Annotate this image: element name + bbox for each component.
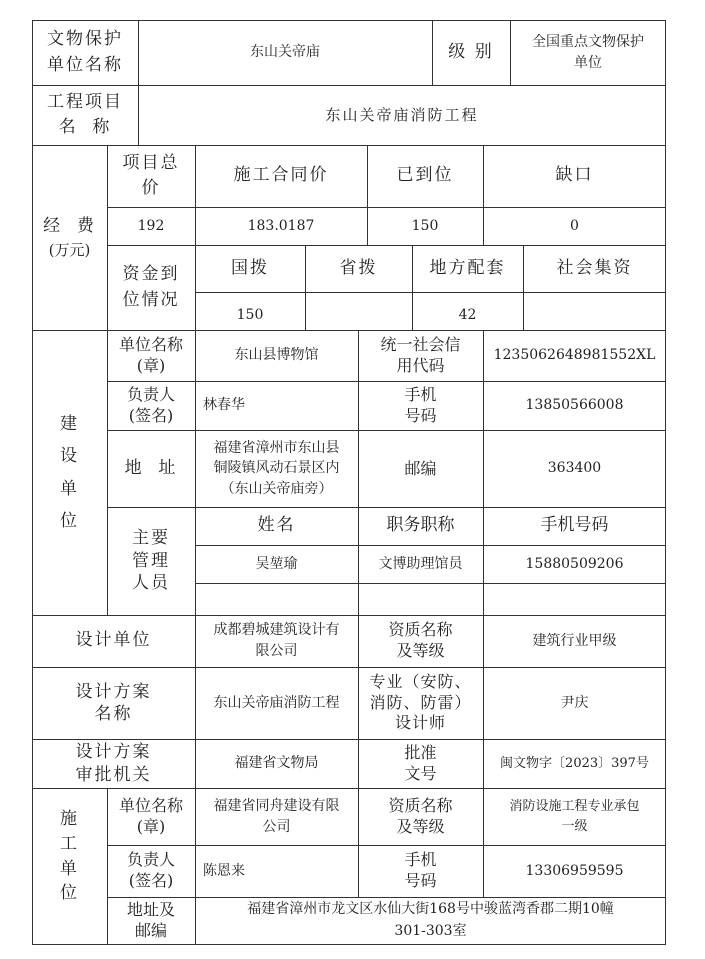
total-price-header: 项目总 价 [107,145,195,207]
address-line: 福建省漳州市龙文区水仙大街168号中骏蓝湾香郡二期10幢 [247,899,614,921]
address-line: 福建省漳州市东山县 [214,438,340,458]
project-name-label: 工程项目 名 称 [32,85,138,145]
level-label: 级 别 [432,20,510,85]
manager-name-header: 姓名 [195,507,358,545]
approval-authority-label: 设计方案 审批机关 [32,739,195,788]
contract-price-value: 183.0187 [195,207,367,245]
doc-number-value: 闽文物字〔2023〕397号 [483,739,666,788]
label-char: 工 [60,832,79,857]
label-char: 建 [60,408,79,440]
local-header: 地方配套 [412,245,523,292]
label-line: 管理 [132,550,170,573]
manager-title [358,583,483,615]
national-header: 国拨 [195,245,305,292]
label-char: 单 [60,473,79,505]
label-line: 消防、防雷） [369,693,471,714]
owner-address-label: 地 址 [107,430,195,507]
label-line: 主要 [132,527,170,550]
label-line: 资金到 [123,262,180,288]
design-plan-label: 设计方案 名称 [32,667,195,739]
value-line: 公司 [263,817,291,838]
label-char: 施 [60,807,79,832]
builder-person-value: 陈恩来 [195,845,358,897]
label-line: 名 称 [59,115,112,141]
funding-label: 经 费 (万元) [32,145,107,330]
value-line: 单位 [574,53,602,74]
design-plan-value: 东山关帝庙消防工程 [195,667,358,739]
owner-unit-label: 单位名称 (章) [107,330,195,381]
value-line: 消防设施工程专业承包 [509,797,639,817]
arrived-value: 150 [367,207,483,245]
label-char: 设 [60,440,79,472]
national-value: 150 [195,292,305,330]
label-line: 号码 [404,871,436,892]
label-line: 号码 [404,406,436,427]
builder-section-label: 施 工 单 位 [32,788,107,945]
label-line: 经 费 [43,214,96,240]
social-value [523,292,666,330]
builder-address-label: 地址及 邮编 [107,897,195,945]
owner-address-value: 福建省漳州市东山县 铜陵镇风动石景区内 （东山关帝庙旁） [195,430,358,507]
label-line: (签名) [129,871,174,892]
label-line: 设计方案 [76,741,152,763]
gap-value: 0 [483,207,666,245]
value-line: 限公司 [256,641,298,662]
arrived-header: 已到位 [367,145,483,207]
label-char: 单 [60,857,79,882]
heritage-name-value: 东山关帝庙 [138,20,432,85]
gap-header: 缺口 [483,145,666,207]
builder-qual-label: 资质名称 及等级 [358,788,483,845]
label-char: 位 [60,505,79,537]
builder-phone-value: 13306959595 [483,845,666,897]
label-line: 邮编 [135,921,167,942]
builder-unit-label: 单位名称 (章) [107,788,195,845]
label-line: 文物保护 [47,27,123,53]
contract-price-header: 施工合同价 [195,145,367,207]
total-price-value: 192 [107,207,195,245]
label-line: 及等级 [396,817,444,838]
credit-code-value: 1235062648981552XL [483,330,666,381]
owner-person-label: 负责人 (签名) [107,381,195,430]
postcode-label: 邮编 [358,430,483,507]
label-line: 资质名称 [388,796,452,817]
label-line: 资质名称 [388,620,452,641]
label-line: 手机 [404,850,436,871]
label-line: (章) [137,817,166,838]
label-line: 设计师 [395,713,446,734]
label-line: 单位名称 [119,796,183,817]
managers-label: 主要 管理 人员 [107,507,195,615]
label-line: 名称 [95,703,133,725]
value-line: 成都碧城建筑设计有 [214,620,340,641]
label-line: 项目总 [123,151,180,177]
owner-phone-label: 手机 号码 [358,381,483,430]
label-line: 设计方案 [76,681,152,703]
address-line: （东山关帝庙旁） [221,479,333,499]
manager-name: 吴堃瑜 [195,545,358,583]
label-line: (万元) [49,239,91,262]
builder-qual-value: 消防设施工程专业承包 一级 [483,788,666,845]
provincial-value [305,292,412,330]
credit-code-label: 统一社会信 用代码 [358,330,483,381]
label-line: 工程项目 [47,90,123,116]
label-line: 负责人 [127,850,175,871]
builder-unit-value: 福建省同舟建设有限 公司 [195,788,358,845]
manager-phone: 15880509206 [483,545,666,583]
provincial-header: 省拨 [305,245,412,292]
design-unit-value: 成都碧城建筑设计有 限公司 [195,615,358,667]
approval-authority-value: 福建省文物局 [195,739,358,788]
manager-phone-header: 手机号码 [483,507,666,545]
label-line: 及等级 [396,641,444,662]
value-line: 福建省同舟建设有限 [214,796,340,817]
label-line: 地址及 [127,900,175,921]
label-line: (签名) [129,406,174,427]
label-line: 用代码 [396,356,444,377]
manager-title-header: 职务职称 [358,507,483,545]
design-qual-value: 建筑行业甲级 [483,615,666,667]
builder-address-value: 福建省漳州市龙文区水仙大街168号中骏蓝湾香郡二期10幢 301-303室 [195,897,666,945]
label-char: 位 [60,881,79,906]
project-name-value: 东山关帝庙消防工程 [138,85,666,145]
fund-arrival-label: 资金到 位情况 [107,245,195,330]
design-qual-label: 资质名称 及等级 [358,615,483,667]
label-line: 统一社会信 [380,335,460,356]
label-line: (章) [137,356,166,377]
address-line: 301-303室 [394,921,466,943]
builder-person-label: 负责人 (签名) [107,845,195,897]
label-line: 位情况 [123,288,180,314]
label-line: 审批机关 [76,764,152,786]
social-header: 社会集资 [523,245,666,292]
address-line: 铜陵镇风动石景区内 [214,458,340,478]
owner-phone-value: 13850566008 [483,381,666,430]
label-line: 文号 [404,764,436,785]
manager-title: 文博助理馆员 [358,545,483,583]
heritage-name-label: 文物保护 单位名称 [32,20,138,85]
owner-person-value: 林春华 [195,381,358,430]
label-line: 单位名称 [119,335,183,356]
manager-phone [483,583,666,615]
label-line: 负责人 [127,385,175,406]
label-line: 手机 [404,385,436,406]
manager-name [195,583,358,615]
label-line: 批准 [404,743,436,764]
local-value: 42 [412,292,523,330]
postcode-value: 363400 [483,430,666,507]
owner-section-label: 建 设 单 位 [32,330,107,615]
label-line: 人员 [132,572,170,595]
owner-unit-value: 东山县博物馆 [195,330,358,381]
level-value: 全国重点文物保护 单位 [510,20,666,85]
label-line: 专业（安防、 [369,672,471,693]
designer-value: 尹庆 [483,667,666,739]
designer-label: 专业（安防、 消防、防雷） 设计师 [358,667,483,739]
design-unit-label: 设计单位 [32,615,195,667]
label-line: 价 [142,176,161,202]
value-line: 一级 [561,817,587,837]
builder-phone-label: 手机 号码 [358,845,483,897]
doc-number-label: 批准 文号 [358,739,483,788]
label-line: 单位名称 [47,53,123,79]
value-line: 全国重点文物保护 [532,32,644,53]
